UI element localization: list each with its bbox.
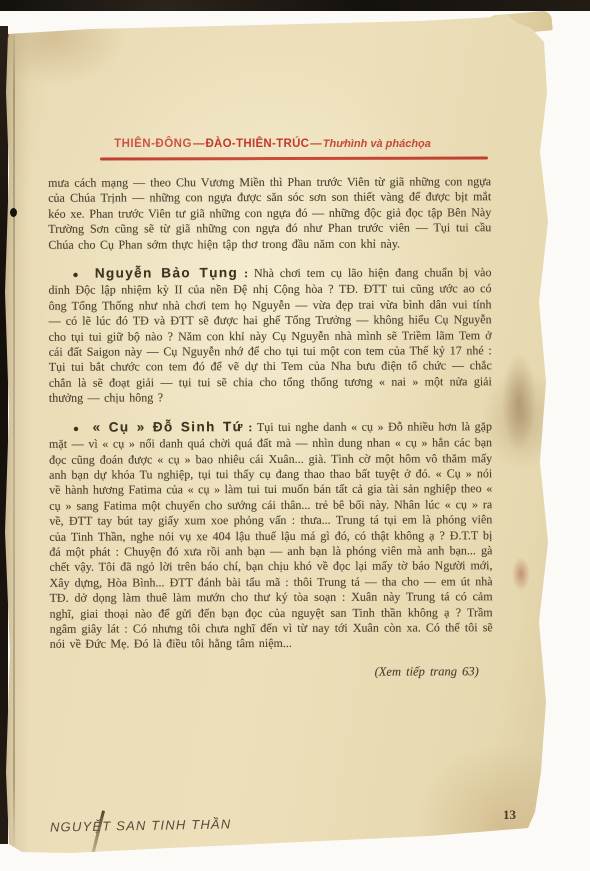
paper-stain [502,352,536,452]
header-dash: — [310,138,322,150]
column-header: THIÊN-ĐÔNG—ĐÀO-THIÊN-TRÚC—Thưhình và phá… [55,138,490,150]
paragraph: ● Nguyễn Bảo Tụng : Nhà chơi tem cụ lão … [48,264,491,406]
book-spine-shadow [0,26,8,844]
entry-name: Nguyễn Bảo Tụng [95,265,238,281]
magazine-page: THIÊN-ĐÔNG—ĐÀO-THIÊN-TRÚC—Thưhình và phá… [0,12,556,860]
header-dash: — [193,138,205,150]
page-fold-crease [13,22,15,850]
paper-stain [512,557,530,591]
article-body: mưa cách mạng — theo Chu Vương Miền thì … [48,174,493,694]
header-segment: Thưhình và pháchọa [323,138,431,150]
binding-hole [10,208,17,217]
red-underline [100,156,488,160]
entry-colon: : [238,266,254,280]
bullet-icon: ● [73,423,79,434]
page-number: 13 [503,807,516,823]
entry-colon: : [244,420,257,434]
entry-text: Nhà chơi tem cụ lão hiện đang chuẩn bị v… [48,265,491,405]
paragraph: mưa cách mạng — theo Chu Vương Miền thì … [48,174,491,253]
header-segment: ĐÀO-THIÊN-TRÚC [205,138,309,150]
scanner-bed-edge [0,0,590,11]
continued-note: (Xem tiếp trang 63) [50,664,493,681]
entry-text: Tụi tui nghe danh « cụ » Đỗ nhiều hơn là… [49,419,493,651]
bullet-icon: ● [72,270,79,281]
entry-name: « Cụ » Đỗ Sinh Tứ [93,419,244,435]
header-segment: THIÊN-ĐÔNG [114,138,192,150]
paragraph: ● « Cụ » Đỗ Sinh Tứ : Tụi tui nghe danh … [49,418,493,653]
journal-name: NGUYỆT SAN TINH THẦN [50,816,232,834]
